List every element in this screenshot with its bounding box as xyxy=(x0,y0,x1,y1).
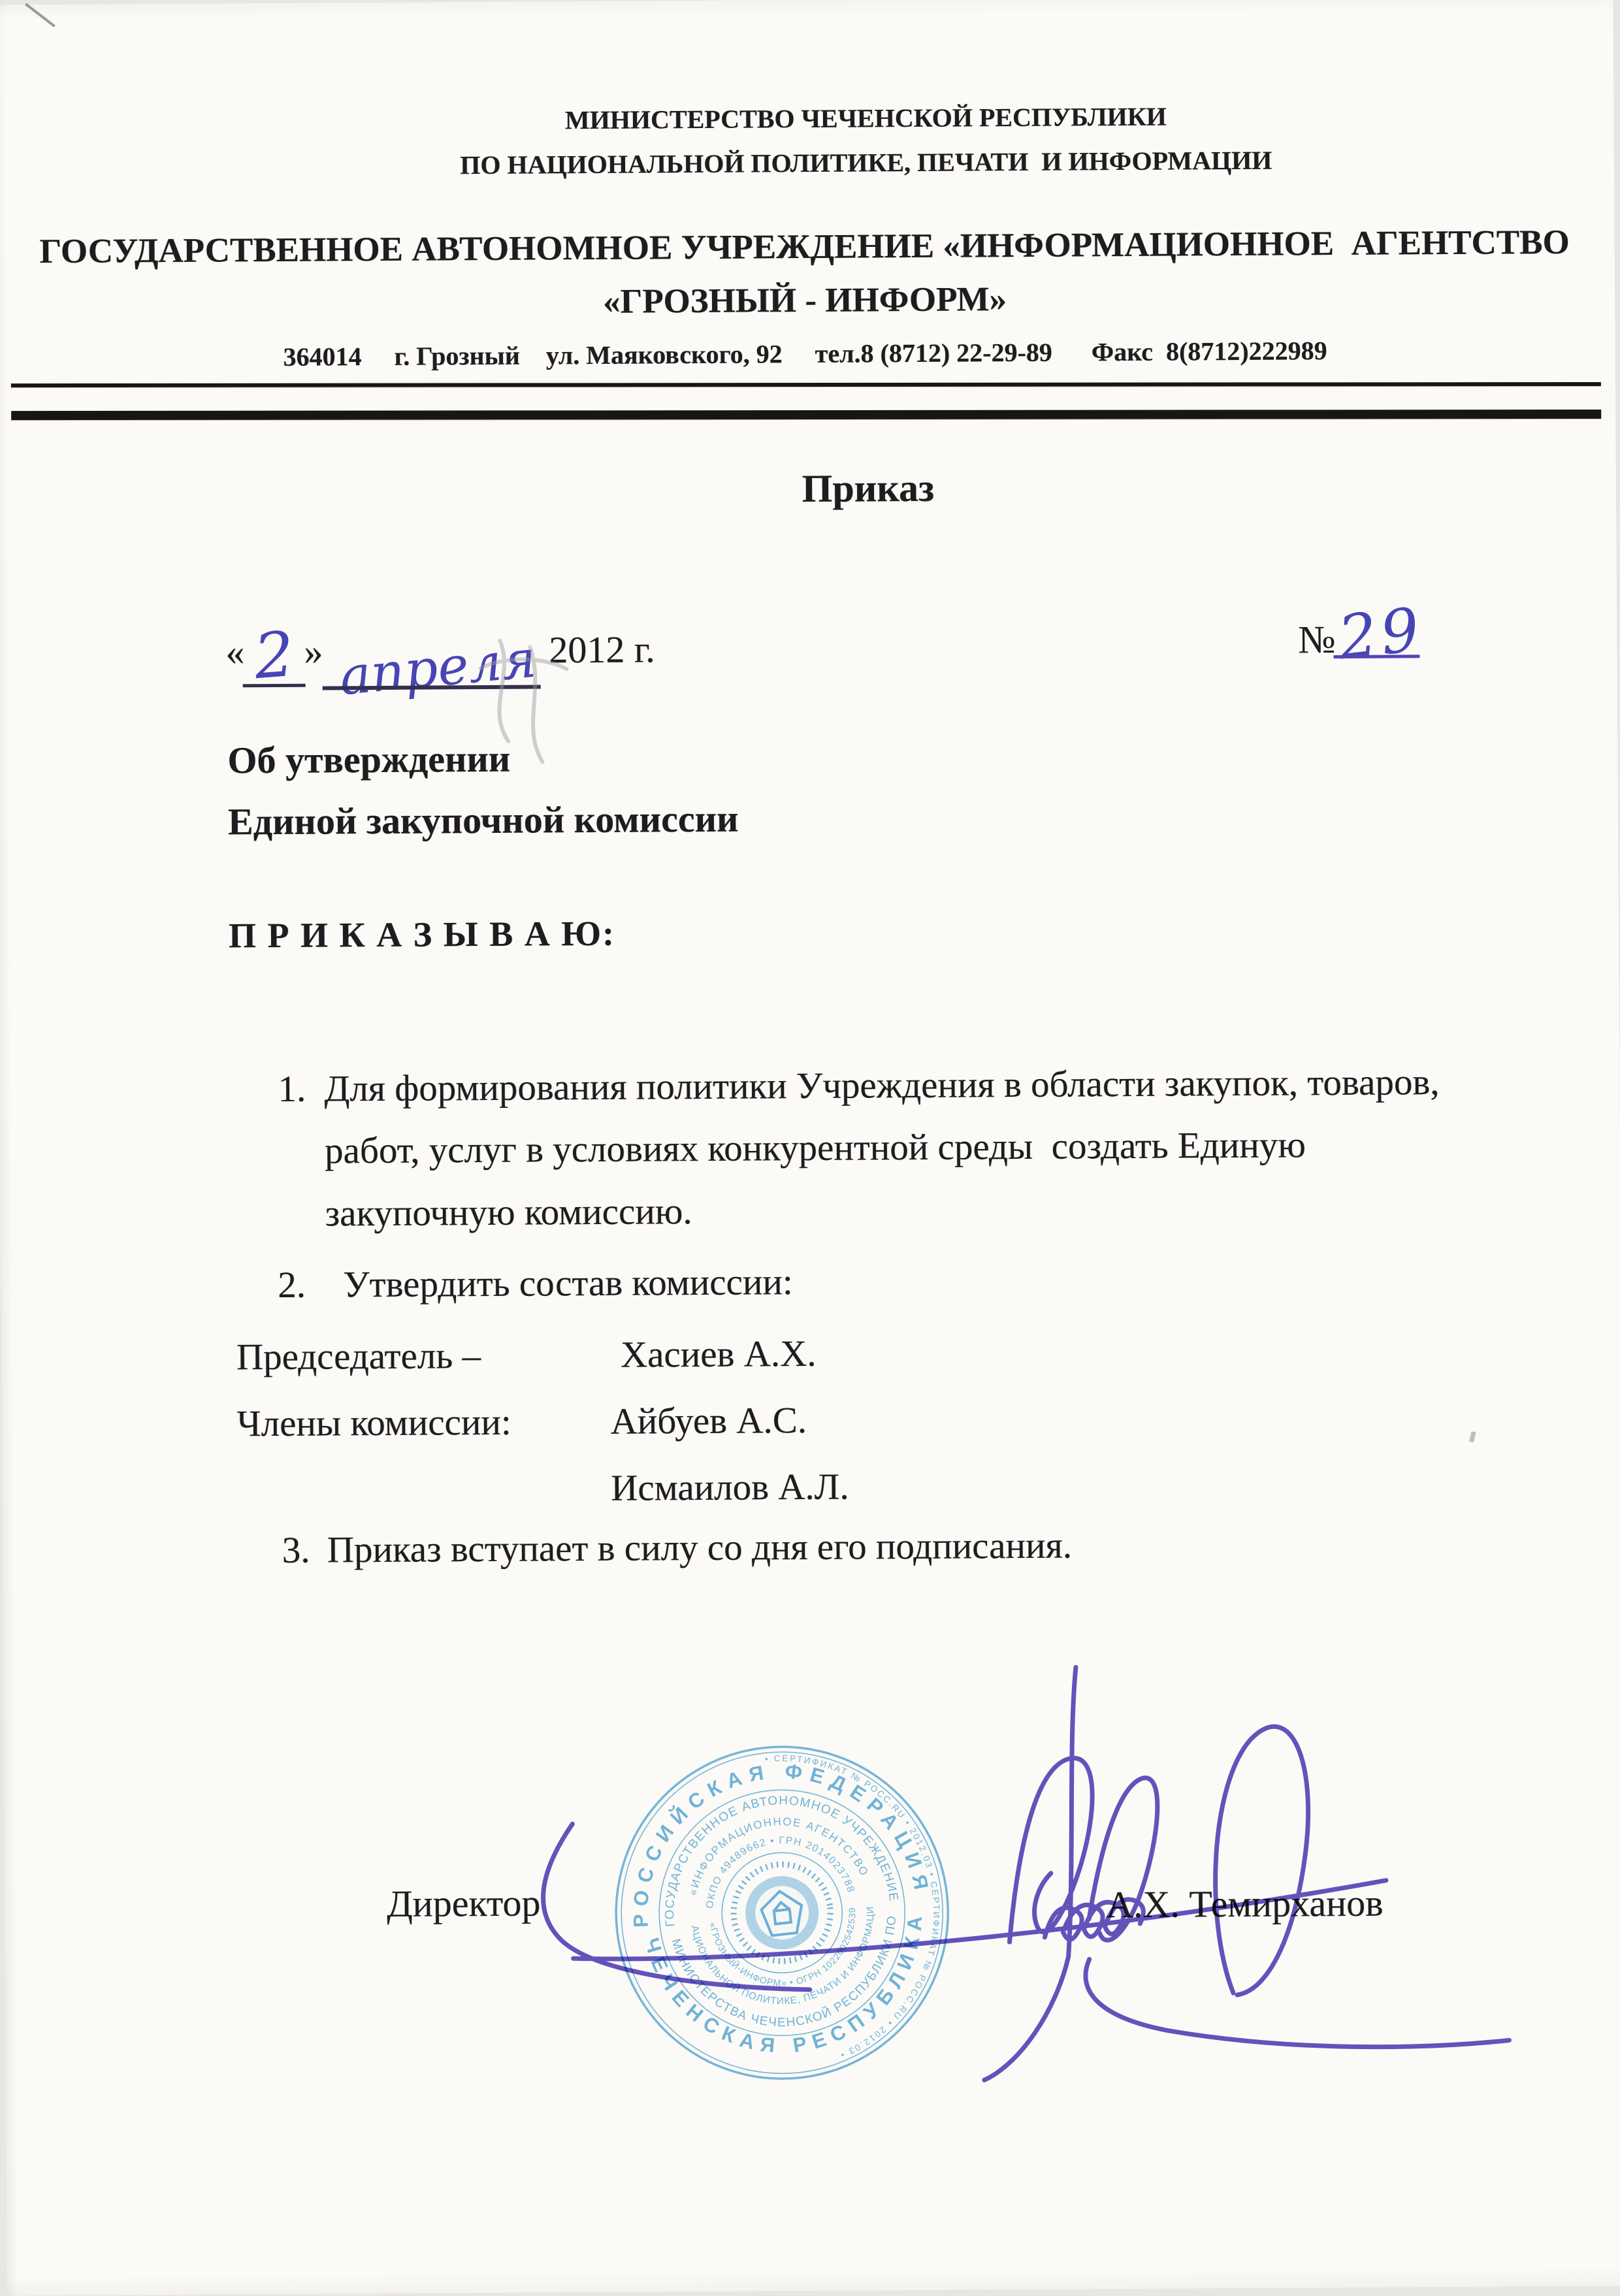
date-close-quote: » xyxy=(304,632,323,673)
subject-line2: Единой закупочной комиссии xyxy=(228,799,739,843)
commission-member2-name: Исмаилов А.Л. xyxy=(611,1467,849,1509)
commission-member1-name: Айбуев А.С. xyxy=(610,1400,807,1442)
scanned-order-document: МИНИСТЕРСТВО ЧЕЧЕНСКОЙ РЕСПУБЛИКИ ПО НАЦ… xyxy=(0,0,1620,2291)
scan-scratch-mark xyxy=(25,3,56,27)
director-signature xyxy=(512,1609,1534,2125)
ministry-name-line2: ПО НАЦИОНАЛЬНОЙ ПОЛИТИКЕ, ПЕЧАТИ И ИНФОР… xyxy=(0,144,1614,182)
item2-line1: Утвердить состав комиссии: xyxy=(343,1262,793,1305)
item3-number: 3. xyxy=(282,1530,310,1571)
ministry-name-line1: МИНИСТЕРСТВО ЧЕЧЕНСКОЙ РЕСПУБЛИКИ xyxy=(0,99,1614,137)
commission-members-label: Члены комиссии: xyxy=(236,1402,511,1444)
item2-number: 2. xyxy=(278,1265,306,1306)
number-sign: № xyxy=(1298,619,1336,661)
document-title: Приказ xyxy=(0,462,1616,515)
commission-chair-label: Председатель – xyxy=(236,1336,481,1378)
item1-line1: Для формирования политики Учреждения в о… xyxy=(324,1062,1439,1109)
signature-strokes xyxy=(542,1664,1509,2082)
day-underline xyxy=(243,684,306,688)
date-open-quote: « xyxy=(225,632,244,673)
item1-number: 1. xyxy=(278,1069,306,1110)
subject-line1: Об утверждении xyxy=(227,739,510,781)
scan-speck xyxy=(1469,1431,1476,1442)
commission-chair-name: Хасиев А.Х. xyxy=(621,1334,817,1375)
agency-address-line: 364014 г. Грозный ул. Маяковского, 92 те… xyxy=(0,334,1615,372)
letterhead-rule-thin xyxy=(11,382,1601,387)
letterhead-rule-thick xyxy=(11,410,1601,420)
item3-line1: Приказ вступает в силу со дня его подпис… xyxy=(327,1526,1073,1571)
number-underline xyxy=(1333,655,1419,658)
order-heading: П Р И К А З Ы В А Ю: xyxy=(229,914,615,955)
item1-line2: работ, услуг в условиях конкурентной сре… xyxy=(325,1125,1306,1171)
agency-name-line2: «ГРОЗНЫЙ - ИНФОРМ» xyxy=(0,277,1615,324)
agency-name-line1: ГОСУДАРСТВЕННОЕ АВТОНОМНОЕ УЧРЕЖДЕНИЕ «И… xyxy=(0,223,1615,270)
handwritten-day: 2 xyxy=(251,619,297,693)
handwritten-order-number: 29 xyxy=(1335,594,1427,673)
item1-line3: закупочную комиссию. xyxy=(325,1191,692,1234)
